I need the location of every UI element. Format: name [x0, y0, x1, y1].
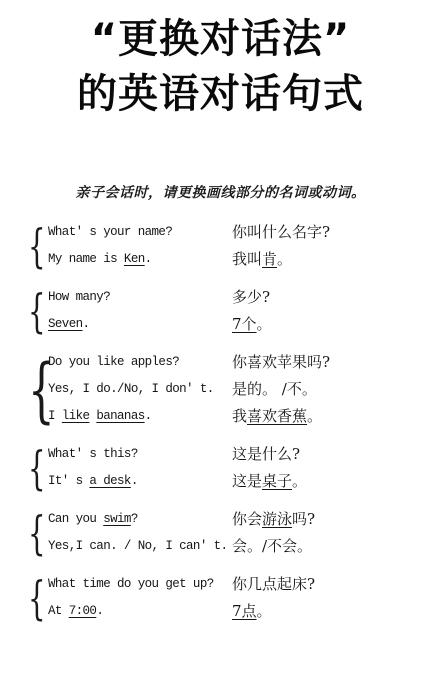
curly-brace-icon: { [28, 510, 46, 556]
text-segment: Yes, I do./No, I don' t. [48, 382, 214, 396]
text-segment: 我 [232, 407, 247, 425]
dialogue-group: {How many?多少?Seven.7个。 [28, 284, 441, 338]
curly-brace: { [28, 284, 48, 338]
text-segment: . [83, 317, 90, 331]
curly-brace-icon: { [28, 445, 46, 491]
curly-brace: { [28, 571, 48, 625]
dialogue-group: {What' s this?这是什么?It' s a desk.这是桌子。 [28, 441, 441, 495]
text-segment: Yes,I can. / No, I can' t. [48, 539, 227, 553]
underlined-term: 游泳 [262, 510, 292, 528]
chinese-line: 我叫肯。 [232, 246, 441, 273]
text-segment: 吗? [292, 510, 315, 528]
chinese-line: 7点。 [232, 598, 441, 625]
underlined-term: bananas [96, 409, 144, 423]
text-segment: 我叫 [232, 250, 262, 268]
text-segment: 。 [257, 315, 272, 333]
english-line: Can you swim? [48, 506, 232, 533]
text-segment: . [131, 474, 138, 488]
text-segment: . [96, 604, 103, 618]
english-line: Seven. [48, 311, 232, 338]
chinese-line: 7个。 [232, 311, 441, 338]
text-segment: Do you like apples? [48, 355, 179, 369]
underlined-term: 桌子 [262, 472, 292, 490]
text-segment: 这是什么? [232, 445, 300, 463]
text-segment: . [145, 409, 152, 423]
title-line-2: 的英语对话句式 [0, 67, 441, 122]
text-segment: How many? [48, 290, 110, 304]
chinese-line: 我喜欢香蕉。 [232, 403, 441, 430]
underlined-term: 喜欢香蕉 [247, 407, 307, 425]
chinese-line: 这是桌子。 [232, 468, 441, 495]
underlined-term: 7个 [232, 315, 257, 333]
text-segment: ? [131, 512, 138, 526]
text-segment: 多少? [232, 288, 270, 306]
text-segment: 你喜欢苹果吗? [232, 353, 330, 371]
text-segment: 。 [257, 602, 272, 620]
text-segment: It' s [48, 474, 89, 488]
english-line: I like bananas. [48, 403, 232, 430]
curly-brace-icon: { [28, 575, 46, 621]
chinese-line: 多少? [232, 284, 441, 311]
text-segment: . [145, 252, 152, 266]
dialogue-list: {What' s your name?你叫什么名字?My name is Ken… [28, 219, 441, 625]
text-segment: 。 [307, 407, 322, 425]
english-line: My name is Ken. [48, 246, 232, 273]
dialogue-group: {Do you like apples?你喜欢苹果吗?Yes, I do./No… [28, 349, 441, 430]
text-segment: What' s your name? [48, 225, 172, 239]
chinese-line: 这是什么? [232, 441, 441, 468]
dialogue-group: {What' s your name?你叫什么名字?My name is Ken… [28, 219, 441, 273]
english-line: Yes,I can. / No, I can' t. [48, 533, 232, 560]
curly-brace: { [28, 219, 48, 273]
text-segment: What' s this? [48, 447, 138, 461]
underlined-term: 7:00 [69, 604, 97, 618]
text-segment: My name is [48, 252, 124, 266]
underlined-term: 7点 [232, 602, 257, 620]
english-line: Do you like apples? [48, 349, 232, 376]
chinese-line: 你喜欢苹果吗? [232, 349, 441, 376]
english-line: It' s a desk. [48, 468, 232, 495]
chinese-line: 你叫什么名字? [232, 219, 441, 246]
curly-brace: { [28, 441, 48, 495]
text-segment: 你会 [232, 510, 262, 528]
text-segment: 你几点起床? [232, 575, 315, 593]
english-line: What time do you get up? [48, 571, 232, 598]
underlined-term: Seven [48, 317, 83, 331]
curly-brace-icon: { [28, 288, 46, 334]
english-line: At 7:00. [48, 598, 232, 625]
page-title: “更换对话法” 的英语对话句式 [0, 0, 441, 122]
text-segment: 会。/不会。 [232, 537, 312, 555]
english-line: Yes, I do./No, I don' t. [48, 376, 232, 403]
title-line-1: “更换对话法” [0, 12, 441, 67]
chinese-line: 你几点起床? [232, 571, 441, 598]
text-segment: At [48, 604, 69, 618]
text-segment: 这是 [232, 472, 262, 490]
text-segment: Can you [48, 512, 103, 526]
chinese-line: 会。/不会。 [232, 533, 441, 560]
underlined-term: swim [103, 512, 131, 526]
dialogue-group: {Can you swim?你会游泳吗?Yes,I can. / No, I c… [28, 506, 441, 560]
text-segment: 。 [292, 472, 307, 490]
curly-brace: { [28, 349, 48, 430]
english-line: What' s this? [48, 441, 232, 468]
underlined-term: 肯 [262, 250, 277, 268]
dialogue-group: {What time do you get up?你几点起床?At 7:00.7… [28, 571, 441, 625]
curly-brace: { [28, 506, 48, 560]
underlined-term: Ken [124, 252, 145, 266]
underlined-term: a desk [89, 474, 130, 488]
document-page: “更换对话法” 的英语对话句式 亲子会话时，请更换画线部分的名词或动词。 {Wh… [0, 0, 441, 677]
chinese-line: 是的。 /不。 [232, 376, 441, 403]
text-segment: What time do you get up? [48, 577, 214, 591]
english-line: How many? [48, 284, 232, 311]
text-segment: 是的。 /不。 [232, 380, 317, 398]
instruction-subtitle: 亲子会话时，请更换画线部分的名词或动词。 [0, 182, 441, 202]
underlined-term: like [62, 409, 90, 423]
curly-brace-icon: { [28, 223, 46, 269]
chinese-line: 你会游泳吗? [232, 506, 441, 533]
text-segment: 你叫什么名字? [232, 223, 330, 241]
curly-brace-icon: { [28, 355, 55, 425]
text-segment: 。 [277, 250, 292, 268]
english-line: What' s your name? [48, 219, 232, 246]
